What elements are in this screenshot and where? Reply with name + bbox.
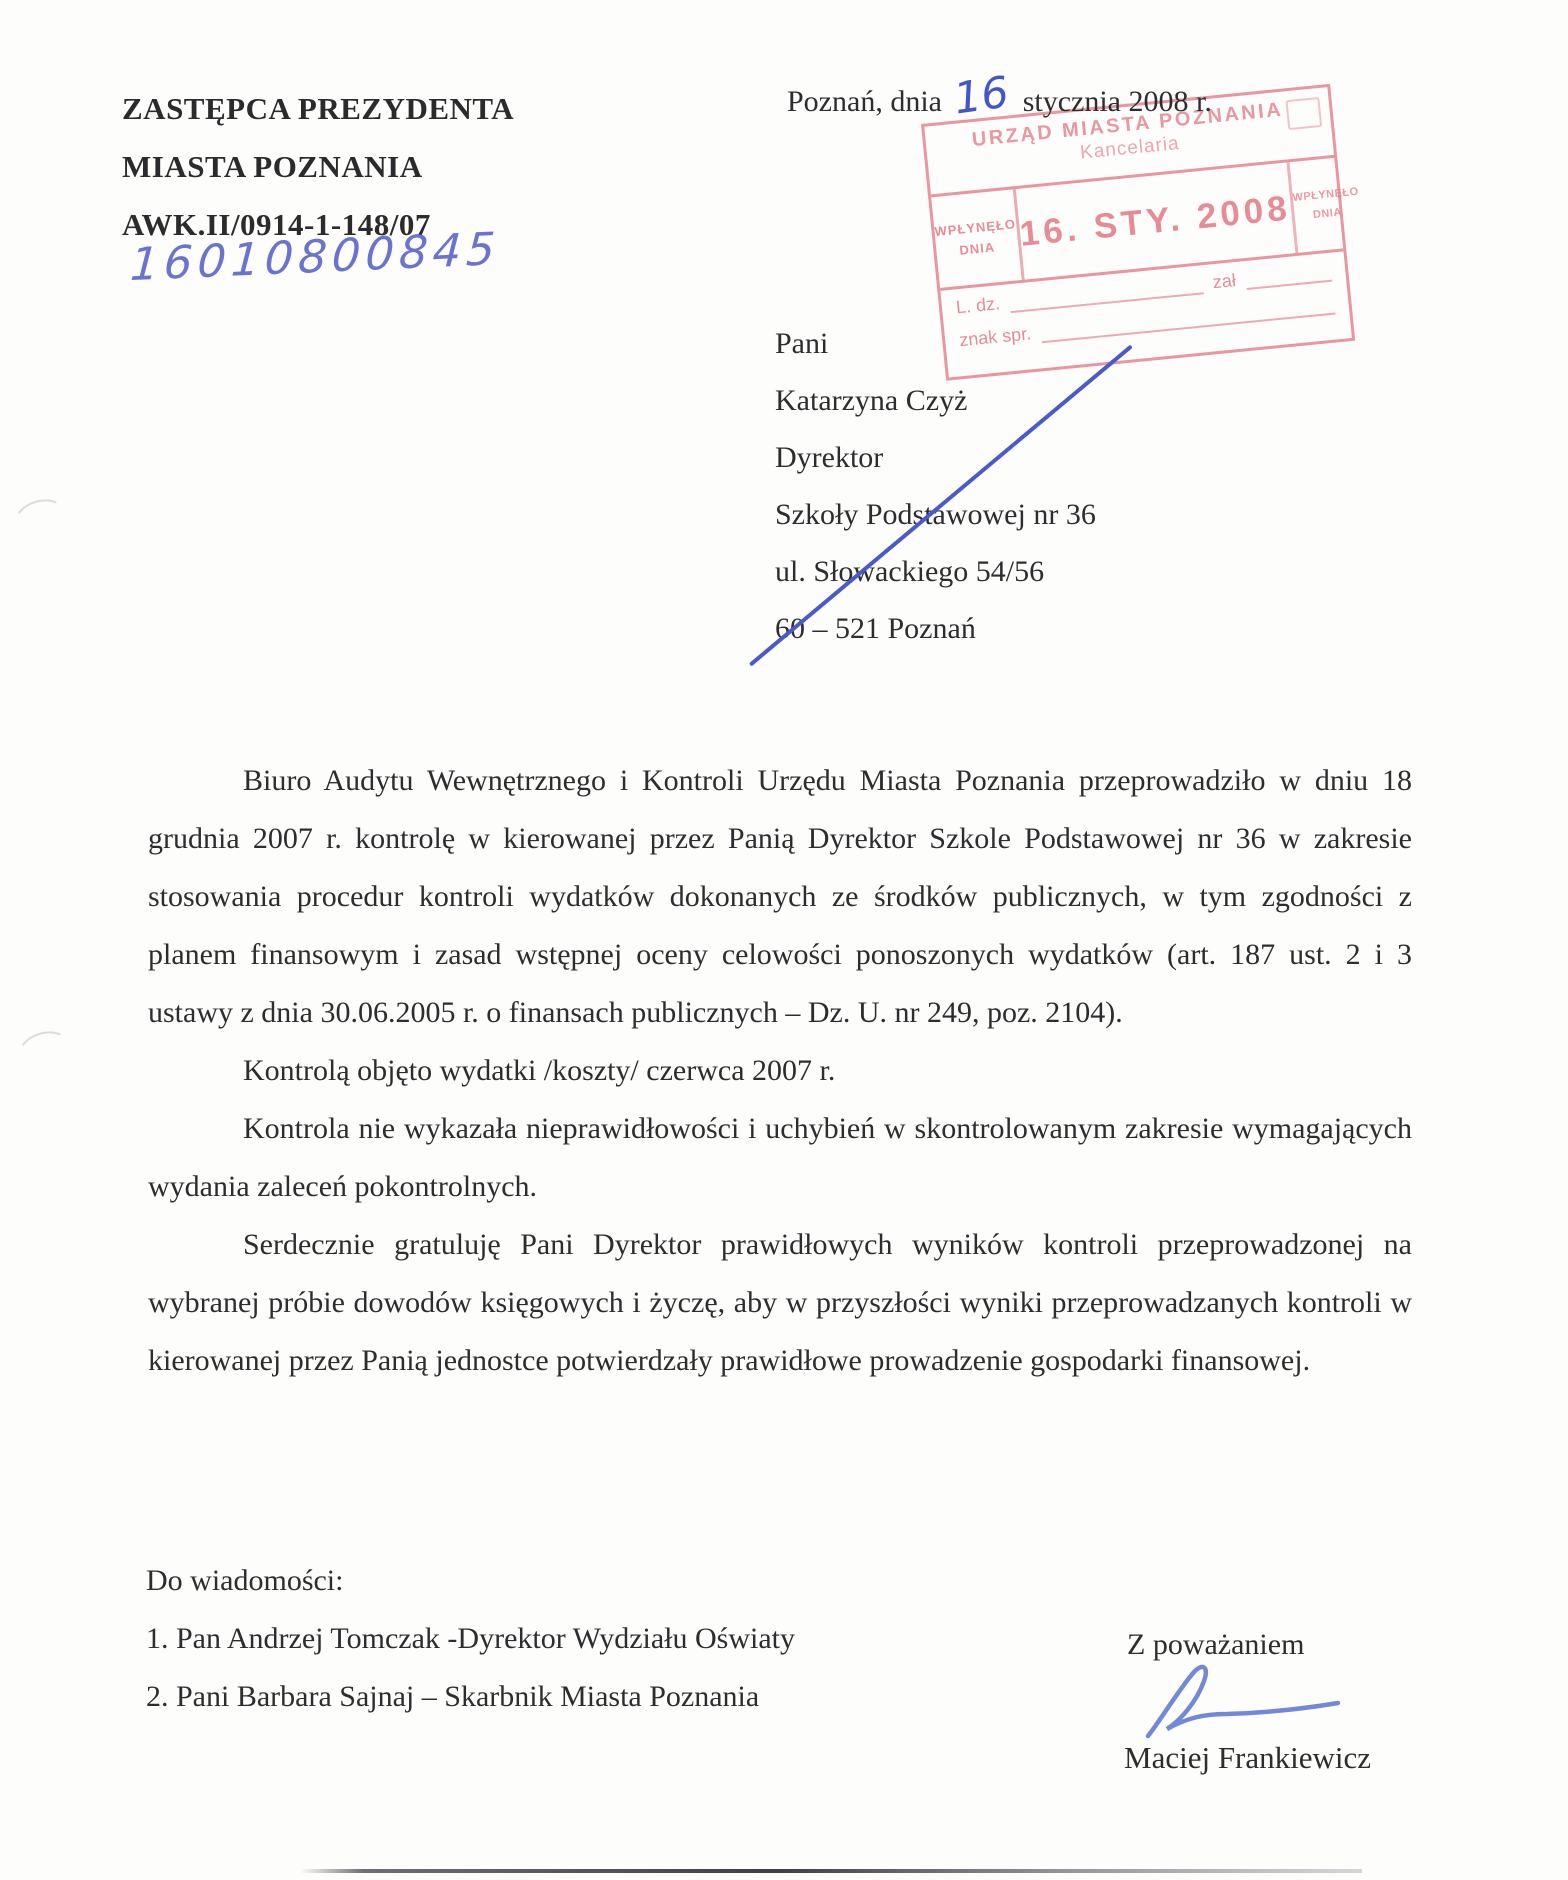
- dateline-suffix: stycznia 2008 r.: [1023, 82, 1212, 122]
- recipient-institution: Szkoły Podstawowej nr 36: [775, 486, 1096, 543]
- stamp-zal-label: zał: [1212, 270, 1237, 293]
- scan-artifact-arc: [10, 493, 73, 546]
- body-paragraph-1: Biuro Audytu Wewnętrznego i Kontroli Urz…: [148, 752, 1412, 1042]
- letter-body: Biuro Audytu Wewnętrznego i Kontroli Urz…: [148, 752, 1412, 1390]
- cc-item-2: 2. Pani Barbara Sajnaj – Skarbnik Miasta…: [146, 1668, 795, 1726]
- dateline-prefix: Poznań, dnia: [787, 82, 942, 122]
- stamp-emblem-icon: [1285, 97, 1322, 130]
- stamp-received-label-right: WPŁYNĘŁO DNIA: [1286, 156, 1364, 253]
- body-paragraph-4: Serdecznie gratuluję Pani Dyrektor prawi…: [148, 1216, 1412, 1390]
- cc-item-1: 1. Pan Andrzej Tomczak -Dyrektor Wydział…: [146, 1610, 795, 1668]
- handwritten-signature: [1140, 1662, 1350, 1749]
- valediction: Z poważaniem: [1127, 1628, 1304, 1662]
- scan-artifact-arc: [14, 1025, 77, 1078]
- scanned-letter-page: ZASTĘPCA PREZYDENTA MIASTA POZNANIA AWK.…: [0, 0, 1568, 1880]
- signature-stroke: [1140, 1662, 1350, 1744]
- recipient-name: Katarzyna Czyż: [775, 372, 1096, 429]
- stamp-zal-blank-line: [1245, 264, 1332, 290]
- dateline: Poznań, dnia 16 stycznia 2008 r.: [787, 82, 1212, 122]
- handwritten-day: 16: [951, 72, 1011, 119]
- scan-edge-line: [300, 1869, 1362, 1873]
- sender-title-line2: MIASTA POZNANIA: [122, 138, 514, 196]
- cc-title: Do wiadomości:: [146, 1552, 795, 1610]
- body-paragraph-3: Kontrola nie wykazała nieprawidłowości i…: [148, 1100, 1412, 1216]
- cc-block: Do wiadomości: 1. Pan Andrzej Tomczak -D…: [146, 1552, 795, 1726]
- recipient-salutation: Pani: [775, 315, 1096, 372]
- sender-title-line1: ZASTĘPCA PREZYDENTA: [122, 80, 514, 138]
- recipient-role: Dyrektor: [775, 429, 1096, 486]
- stamp-received-label-left: WPŁYNĘŁO DNIA: [931, 189, 1024, 288]
- recipient-street: ul. Słowackiego 54/56: [775, 543, 1096, 600]
- recipient-city: 60 – 521 Poznań: [775, 600, 1096, 657]
- body-paragraph-2: Kontrolą objęto wydatki /koszty/ czerwca…: [148, 1042, 1412, 1100]
- stamp-ldz-blank-line: [1009, 276, 1204, 313]
